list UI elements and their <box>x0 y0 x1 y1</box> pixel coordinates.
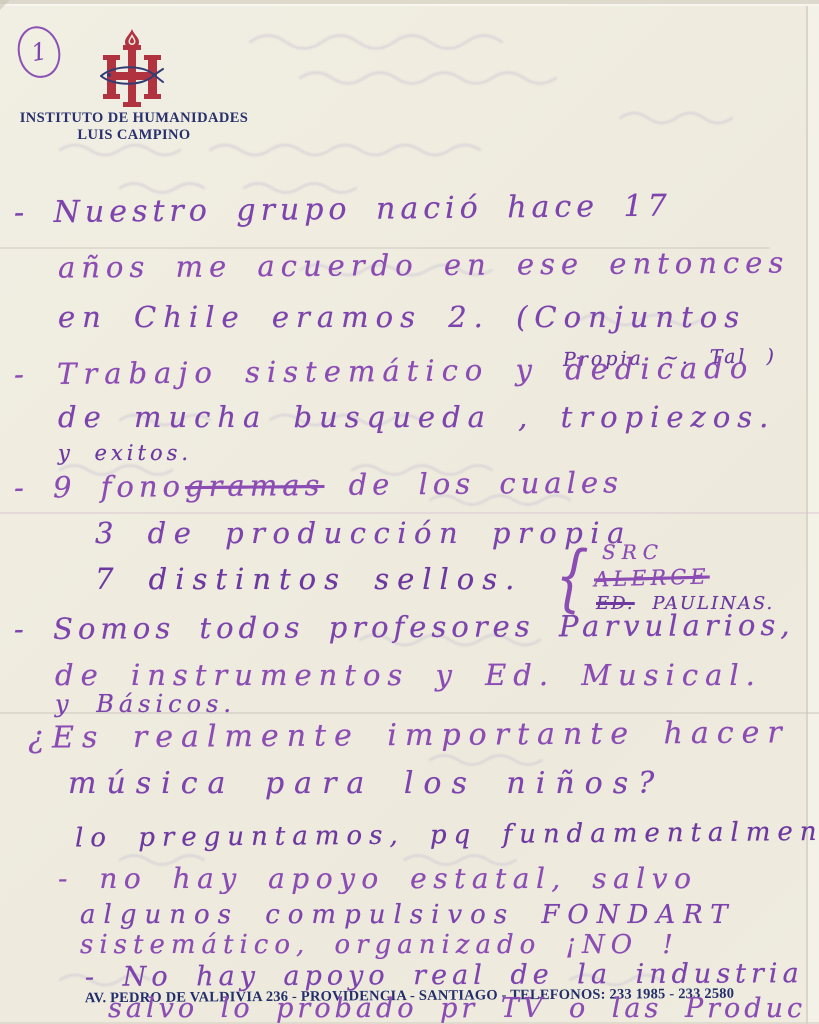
fonogramas-struck-word: gramas <box>185 468 325 503</box>
handwritten-line: salvo lo probado pr TV o las Produc <box>108 993 806 1024</box>
handwritten-line: 7 distintos sellos. <box>95 562 522 596</box>
handwritten-line: de instrumentos y Ed. Musical. <box>55 658 762 692</box>
handwritten-line: - Somos todos profesores Parvularios, <box>14 608 795 646</box>
scan-edge-right-line <box>806 6 808 1024</box>
scan-edge-right-margin <box>808 6 819 1024</box>
handwritten-line: de mucha busqueda , tropiezos. <box>58 400 775 434</box>
handwritten-line: - No hay apoyo real de la industria <box>85 958 804 993</box>
fonogramas-pre: - 9 fono <box>14 469 185 504</box>
handwritten-line: lo preguntamos, pq fundamentalmente <box>75 817 819 854</box>
page-number-circled: 1 <box>14 23 64 82</box>
institution-name: INSTITUTO DE HUMANIDADES <box>16 110 252 127</box>
letterhead-text: INSTITUTO DE HUMANIDADES LUIS CAMPINO <box>16 110 252 144</box>
handwritten-line: sistemático, organizado ¡NO ! <box>80 930 679 960</box>
torch-ih-fish-icon <box>100 28 164 114</box>
fonogramas-post: de los cuales <box>324 465 623 502</box>
record-label-struck: ALERCE <box>594 564 710 591</box>
handwritten-line-fonogramas: - 9 fonogramas de los cuales <box>14 465 623 504</box>
scanned-note-page: 1 <box>0 0 819 1024</box>
handwritten-line: en Chile eramos 2. (Conjuntos <box>58 300 746 334</box>
handwritten-line: años me acuerdo en ese entonces <box>58 245 790 284</box>
bleed-rule-line <box>0 512 819 514</box>
handwritten-line: - Nuestro grupo nació hace 17 <box>14 189 672 231</box>
institution-subname: LUIS CAMPINO <box>16 127 252 144</box>
record-label-item: SRC <box>602 540 664 564</box>
record-label-item: ALERCE <box>594 564 710 591</box>
handwritten-line: - Trabajo sistemático y dedicado <box>14 351 755 391</box>
institute-logo <box>100 28 164 114</box>
scan-edge-top-highlight <box>0 4 819 6</box>
handwritten-line: - no hay apoyo estatal, salvo <box>58 862 697 895</box>
handwritten-line: y Básicos. <box>55 690 236 718</box>
handwritten-line: algunos compulsivos FONDART <box>80 900 736 930</box>
handwritten-line: música para los niños? <box>68 766 664 801</box>
record-label-text: SRC <box>602 540 664 564</box>
handwritten-line: 3 de producción propia <box>95 516 632 550</box>
handwritten-line: ¿Es realmente importante hacer <box>28 715 790 755</box>
handwritten-line: y exitos. <box>58 441 192 465</box>
page-number: 1 <box>29 37 49 67</box>
